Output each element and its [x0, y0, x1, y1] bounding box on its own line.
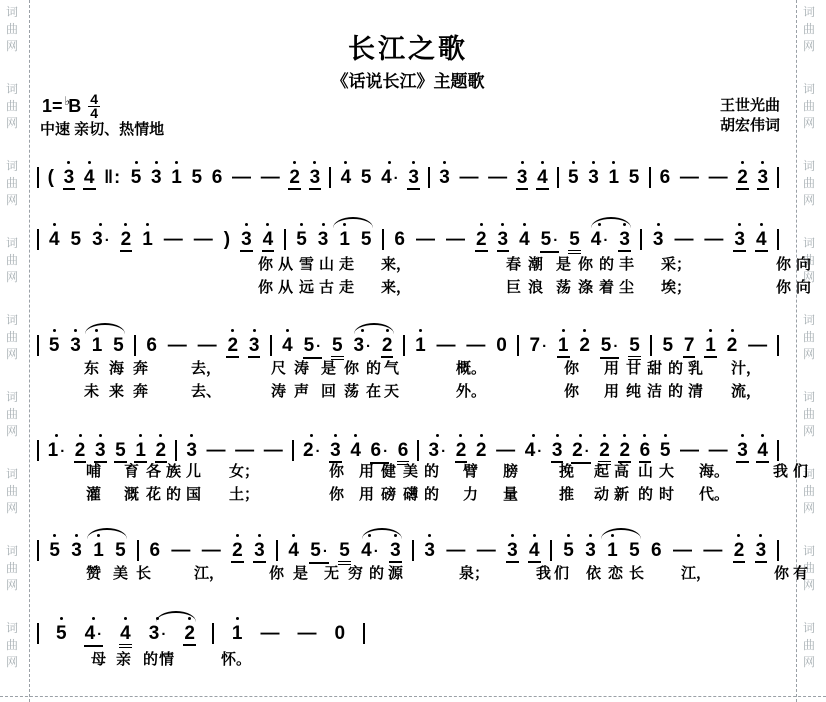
- lyric-syllable: 源: [388, 562, 403, 583]
- note: 5: [360, 220, 373, 250]
- lyric-syllable: 从: [278, 253, 293, 274]
- lyric-syllable: 代。: [699, 483, 729, 504]
- lyric-syllable: 美: [403, 460, 418, 481]
- lyric-syllable: 母: [91, 648, 106, 669]
- lyric-syllable: 磅: [381, 483, 396, 504]
- note: 5: [295, 220, 308, 250]
- lyric-syllable: 你: [774, 562, 789, 583]
- note: 3: [317, 220, 330, 250]
- lyric-syllable: 膀: [503, 460, 518, 481]
- lyric-syllable: 的: [143, 648, 158, 669]
- lyric-syllable: 是: [321, 357, 336, 378]
- lyric-syllable: 有: [793, 562, 808, 583]
- note: 4: [528, 531, 541, 563]
- repeat-begin-sign: ‖:: [103, 158, 122, 188]
- note: 7·: [529, 326, 549, 357]
- lyric-syllable: 们: [793, 460, 808, 481]
- lyric-syllable: 是: [556, 253, 571, 274]
- lyric-syllable: 各: [146, 460, 161, 481]
- note: 5: [331, 326, 344, 360]
- barline: [777, 326, 780, 356]
- note: 6: [145, 326, 158, 356]
- lyrics-row: 你从雪山走来，春潮是你的丰采；你向: [36, 253, 780, 271]
- lyric-syllable: 山: [319, 253, 334, 274]
- lyric-syllable: 美: [113, 562, 128, 583]
- lyric-syllable: 是: [293, 562, 308, 583]
- barline: [175, 431, 178, 461]
- lyric-syllable: 力: [463, 483, 478, 504]
- lyric-syllable: 哺: [86, 460, 101, 481]
- barline: [777, 431, 780, 461]
- lyric-syllable: 族: [166, 460, 181, 481]
- note: 3: [69, 326, 82, 356]
- note: 2: [74, 431, 87, 463]
- lyric-syllable: 动: [594, 483, 609, 504]
- note: 1·: [47, 431, 67, 462]
- watermark-text: 词曲网: [803, 4, 815, 55]
- lyric-syllable: 的: [599, 253, 614, 274]
- lyric-syllable: 你: [269, 562, 284, 583]
- barline: [650, 326, 653, 356]
- note: 3: [70, 531, 83, 561]
- slur-arc: [362, 528, 402, 539]
- note: 3: [389, 531, 402, 563]
- lyric-syllable: 挽: [559, 460, 574, 481]
- lyric-syllable: 去，: [191, 357, 221, 378]
- lyric-syllable: 健: [381, 460, 396, 481]
- lyric-syllable: 用: [359, 460, 374, 481]
- note: 7: [683, 326, 696, 358]
- duration-dash: —: [476, 531, 497, 561]
- lyric-syllable: 着: [599, 276, 614, 297]
- slur-arc: [591, 217, 631, 228]
- note: 2: [733, 531, 746, 563]
- lyric-syllable: 怀。: [221, 648, 251, 669]
- lyric-syllable: 国: [186, 483, 201, 504]
- lyric-syllable: 花: [146, 483, 161, 504]
- slur-arc: [87, 528, 127, 539]
- duration-dash: —: [193, 220, 214, 250]
- note: 6: [211, 158, 224, 188]
- slur-arc: [601, 528, 641, 539]
- note: 5: [114, 431, 127, 463]
- note: 5: [130, 158, 143, 188]
- lyrics-row: 母亲的情怀。: [36, 648, 780, 666]
- lyric-syllable: 的: [424, 483, 439, 504]
- note: 5: [659, 431, 672, 461]
- lyric-syllable: 赞: [86, 562, 101, 583]
- lyric-syllable: 奔: [133, 357, 148, 378]
- note: 5: [562, 531, 575, 561]
- barline: [417, 431, 420, 461]
- barline: [362, 614, 365, 644]
- duration-dash: —: [201, 531, 222, 561]
- lyric-syllable: 起: [594, 460, 609, 481]
- note: 3: [185, 431, 198, 461]
- duration-dash: —: [260, 158, 281, 188]
- lyrics-row: 未来奔去、涛声回荡在天外。你用纯洁的清流，: [36, 380, 780, 398]
- lyric-syllable: 涛: [271, 380, 286, 401]
- lyric-syllable: 用: [604, 380, 619, 401]
- note: 1: [170, 158, 183, 188]
- note: 1: [557, 326, 570, 358]
- duration-dash: —: [495, 431, 516, 461]
- lyric-syllable: 量: [503, 483, 518, 504]
- lyric-syllable: 天: [384, 380, 399, 401]
- watermark-text: 词曲网: [6, 620, 18, 671]
- credits: 王世光曲 胡宏伟词: [580, 96, 780, 136]
- lyric-syllable: 们: [554, 562, 569, 583]
- note: 5: [191, 158, 204, 188]
- lyric-syllable: 流，: [731, 380, 761, 401]
- lyric-syllable: 古: [319, 276, 334, 297]
- lyric-syllable: 育: [124, 460, 139, 481]
- lyric-syllable: 长: [136, 562, 151, 583]
- note: 2: [726, 326, 739, 356]
- lyric-syllable: 泉；: [459, 562, 489, 583]
- barline: [777, 220, 780, 250]
- note: 3: [506, 531, 519, 563]
- lyric-syllable: 亲: [116, 648, 131, 669]
- note: 3: [248, 326, 261, 358]
- slur-arc: [333, 217, 373, 228]
- lyric-syllable: 海。: [699, 460, 729, 481]
- slur-arc: [354, 323, 394, 334]
- duration-dash: —: [487, 158, 508, 188]
- note: 4: [536, 158, 549, 190]
- lyric-syllable: 向: [796, 253, 811, 274]
- note: 5: [568, 220, 581, 254]
- lyric-syllable: 丰: [619, 253, 634, 274]
- note: 5·: [600, 326, 620, 359]
- lyric-syllable: 外。: [456, 380, 486, 401]
- duration-dash: —: [702, 531, 723, 561]
- duration-dash: —: [197, 326, 218, 356]
- watermark-text: 词曲网: [6, 81, 18, 132]
- note: 3: [618, 220, 631, 252]
- note: 2: [231, 531, 244, 563]
- barline: [36, 531, 39, 561]
- lyric-syllable: 春: [506, 253, 521, 274]
- song-title: 长江之歌: [36, 27, 780, 66]
- note: 2: [381, 326, 394, 358]
- lyric-syllable: 江，: [194, 562, 224, 583]
- note: 3: [94, 431, 107, 463]
- lyric-syllable: 你: [776, 276, 791, 297]
- watermark-text: 词曲网: [6, 158, 18, 209]
- sheet-music-page: 词曲网词曲网词曲网词曲网词曲网词曲网词曲网词曲网词曲网 词曲网词曲网词曲网词曲网…: [0, 0, 826, 702]
- duration-dash: —: [747, 326, 768, 356]
- lyric-syllable: 用: [604, 357, 619, 378]
- note: 3: [329, 431, 342, 463]
- note: 2: [155, 431, 168, 463]
- note: 2·: [302, 431, 322, 462]
- duration-dash: —: [445, 531, 466, 561]
- flat-icon: ♭: [65, 94, 71, 108]
- lyric-syllable: 气: [384, 357, 399, 378]
- note: 4: [83, 158, 96, 190]
- note: 5·: [303, 326, 323, 359]
- note: 2: [183, 614, 196, 646]
- note: 6: [393, 220, 406, 250]
- lyric-syllable: 女；: [229, 460, 259, 481]
- barline: [134, 326, 137, 356]
- note: 3: [438, 158, 451, 188]
- note: 6: [639, 431, 652, 463]
- lyric-syllable: 穷: [348, 562, 363, 583]
- barline: [136, 531, 139, 561]
- lyric-syllable: 你: [344, 357, 359, 378]
- note: 6: [650, 531, 663, 561]
- lyric-syllable: 汁，: [731, 357, 761, 378]
- note: 1: [608, 158, 621, 188]
- lyric-syllable: 海: [109, 357, 124, 378]
- notation-line: 53156——2345·54·33——3453156——23: [36, 531, 780, 565]
- note: 5: [112, 326, 125, 356]
- note: 3: [736, 431, 749, 463]
- duration-dash: —: [679, 158, 700, 188]
- barline: [428, 158, 431, 188]
- note: 1: [231, 614, 244, 644]
- lyric-syllable: 土；: [229, 483, 259, 504]
- barline: [36, 326, 39, 356]
- song-subtitle: 《话说长江》主题歌: [36, 67, 780, 92]
- lyrics-row: 东海奔去，尺涛是你的气概。你用甘甜的乳汁，: [36, 357, 780, 375]
- lyric-syllable: 你: [564, 357, 579, 378]
- note: 5: [48, 326, 61, 356]
- lyric-syllable: 甜: [647, 357, 662, 378]
- parenthesis: ): [223, 220, 231, 250]
- barline: [402, 326, 405, 356]
- note: 2: [578, 326, 591, 356]
- note: 4·: [84, 614, 104, 647]
- watermark-text: 词曲网: [6, 235, 18, 286]
- watermark-text: 词曲网: [803, 81, 815, 132]
- lyric-syllable: 洁: [647, 380, 662, 401]
- lyric-syllable: 你: [578, 253, 593, 274]
- lyric-syllable: 纯: [626, 380, 641, 401]
- note: 1: [134, 431, 147, 463]
- duration-dash: —: [263, 431, 284, 461]
- slur-arc: [85, 323, 125, 334]
- note: 4: [756, 431, 769, 463]
- parenthesis: (: [47, 158, 55, 188]
- duration-dash: —: [170, 531, 191, 561]
- note: 3: [652, 220, 665, 250]
- note: 3: [423, 531, 436, 561]
- watermark-text: 词曲网: [803, 312, 815, 363]
- note: 4: [518, 220, 531, 250]
- lyric-syllable: 的: [668, 380, 683, 401]
- lyric-syllable: 高: [614, 460, 629, 481]
- note: 4: [287, 531, 300, 561]
- watermark-text: 词曲网: [803, 620, 815, 671]
- lyric-syllable: 的: [369, 562, 384, 583]
- bottom-dashed-border: [0, 696, 826, 697]
- lyric-syllable: 来，: [381, 276, 411, 297]
- note: 3: [516, 158, 529, 190]
- note: 3: [584, 531, 597, 561]
- lyric-syllable: 尘: [619, 276, 634, 297]
- duration-dash: —: [259, 614, 280, 644]
- lyrics-row: 你从远古走来，巨浪荡涤着尘埃；你向: [36, 276, 780, 294]
- note: 3: [733, 220, 746, 252]
- lyric-syllable: 走: [339, 253, 354, 274]
- lyric-syllable: 向: [796, 276, 811, 297]
- note: 6: [148, 531, 161, 561]
- key-text: 1=♭B: [42, 96, 81, 117]
- left-dashed-border: [29, 0, 30, 702]
- barline: [550, 531, 553, 561]
- left-watermark: 词曲网词曲网词曲网词曲网词曲网词曲网词曲网词曲网词曲网: [6, 4, 18, 671]
- barline: [640, 220, 643, 250]
- lyric-syllable: 依: [586, 562, 601, 583]
- barline: [36, 220, 39, 250]
- barline: [517, 326, 520, 356]
- note: 2: [288, 158, 301, 190]
- barline: [381, 220, 384, 250]
- lyric-syllable: 的: [638, 483, 653, 504]
- barline: [36, 158, 39, 188]
- barline: [777, 158, 780, 188]
- note: 3: [755, 531, 768, 563]
- duration-dash: —: [458, 158, 479, 188]
- notation-line: (34‖:53156——23454·33——3453156——23: [36, 158, 780, 190]
- lyric-syllable: 我: [536, 562, 551, 583]
- note: 6: [659, 158, 672, 188]
- lyric-syllable: 溉: [124, 483, 139, 504]
- watermark-text: 词曲网: [6, 389, 18, 440]
- note: 2: [475, 431, 488, 461]
- note: 1: [704, 326, 717, 358]
- note: 3: [253, 531, 266, 563]
- watermark-text: 词曲网: [6, 466, 18, 517]
- lyric-syllable: 声: [294, 380, 309, 401]
- barline: [556, 158, 559, 188]
- lyric-syllable: 新: [614, 483, 629, 504]
- note: 5: [628, 531, 641, 561]
- note: 2: [475, 220, 488, 252]
- lyric-syllable: 你: [329, 483, 344, 504]
- watermark-text: 词曲网: [6, 543, 18, 594]
- note: 5: [628, 158, 641, 188]
- lyric-syllable: 用: [359, 483, 374, 504]
- composer-credit: 王世光曲: [580, 96, 780, 116]
- lyric-syllable: 无: [324, 562, 339, 583]
- lyric-syllable: 荡: [556, 276, 571, 297]
- lyric-syllable: 来，: [381, 253, 411, 274]
- note: 3·: [428, 431, 448, 462]
- watermark-text: 词曲网: [803, 158, 815, 209]
- rest-note: 0: [495, 326, 508, 356]
- lyrics-row: 哺育各族儿女；你用健美的臂膀挽起高山大海。我们: [36, 460, 780, 478]
- lyric-syllable: 来: [109, 380, 124, 401]
- time-signature: 4 4: [88, 93, 100, 120]
- lyric-syllable: 走: [339, 276, 354, 297]
- lyrics-row: 灌溉花的国土；你用磅礴的力量推动新的时代。: [36, 483, 780, 501]
- note: 3: [497, 220, 510, 252]
- note: 5: [338, 531, 351, 565]
- lyric-syllable: 雪: [299, 253, 314, 274]
- note: 2: [455, 431, 468, 463]
- lyric-syllable: 你: [564, 380, 579, 401]
- barline: [36, 614, 39, 644]
- duration-dash: —: [296, 614, 317, 644]
- note: 5: [70, 220, 83, 250]
- lyric-syllable: 去、: [191, 380, 221, 401]
- lyric-syllable: 我: [773, 460, 788, 481]
- note: 4: [281, 326, 294, 356]
- lyric-syllable: 儿: [186, 460, 201, 481]
- barline: [777, 531, 780, 561]
- duration-dash: —: [415, 220, 436, 250]
- watermark-text: 词曲网: [6, 4, 18, 55]
- barline: [283, 220, 286, 250]
- note: 4: [340, 158, 353, 188]
- slur-arc: [156, 611, 196, 622]
- note: 3: [63, 158, 76, 190]
- right-dashed-border: [796, 0, 797, 702]
- lyric-syllable: 在: [366, 380, 381, 401]
- lyricist-credit: 胡宏伟词: [580, 116, 780, 136]
- note: 3: [407, 158, 420, 190]
- lyric-syllable: 未: [84, 380, 99, 401]
- duration-dash: —: [163, 220, 184, 250]
- lyric-syllable: 涛: [294, 357, 309, 378]
- key-signature: 1=♭B 4 4: [42, 93, 100, 120]
- duration-dash: —: [673, 220, 694, 250]
- note: 2: [226, 326, 239, 358]
- lyric-syllable: 甘: [626, 357, 641, 378]
- note: 4: [755, 220, 768, 252]
- note: 3: [551, 431, 564, 463]
- note: 3: [757, 158, 770, 190]
- lyric-syllable: 你: [329, 460, 344, 481]
- barline: [291, 431, 294, 461]
- note: 4: [48, 220, 61, 250]
- lyric-syllable: 采；: [661, 253, 691, 274]
- lyric-syllable: 推: [559, 483, 574, 504]
- lyric-syllable: 你: [258, 253, 273, 274]
- lyric-syllable: 臂: [463, 460, 478, 481]
- duration-dash: —: [436, 326, 457, 356]
- note: 3: [240, 220, 253, 252]
- duration-dash: —: [708, 431, 729, 461]
- lyric-syllable: 清: [688, 380, 703, 401]
- lyric-syllable: 恋: [608, 562, 623, 583]
- barline: [648, 158, 651, 188]
- barline: [275, 531, 278, 561]
- lyric-syllable: 的: [166, 483, 181, 504]
- lyric-syllable: 潮: [528, 253, 543, 274]
- barline: [36, 431, 39, 461]
- lyric-syllable: 巨: [506, 276, 521, 297]
- duration-dash: —: [672, 531, 693, 561]
- note: 2: [736, 158, 749, 190]
- note: 4: [119, 614, 132, 648]
- lyric-syllable: 概。: [456, 357, 486, 378]
- lyric-syllable: 乳: [688, 357, 703, 378]
- note: 5: [661, 326, 674, 356]
- lyric-syllable: 长: [629, 562, 644, 583]
- lyric-syllable: 情: [159, 648, 174, 669]
- watermark-text: 词曲网: [6, 312, 18, 363]
- lyric-syllable: 东: [84, 357, 99, 378]
- barline: [269, 326, 272, 356]
- note: 4·: [380, 158, 400, 189]
- note: 1: [141, 220, 154, 250]
- lyric-syllable: 荡: [344, 380, 359, 401]
